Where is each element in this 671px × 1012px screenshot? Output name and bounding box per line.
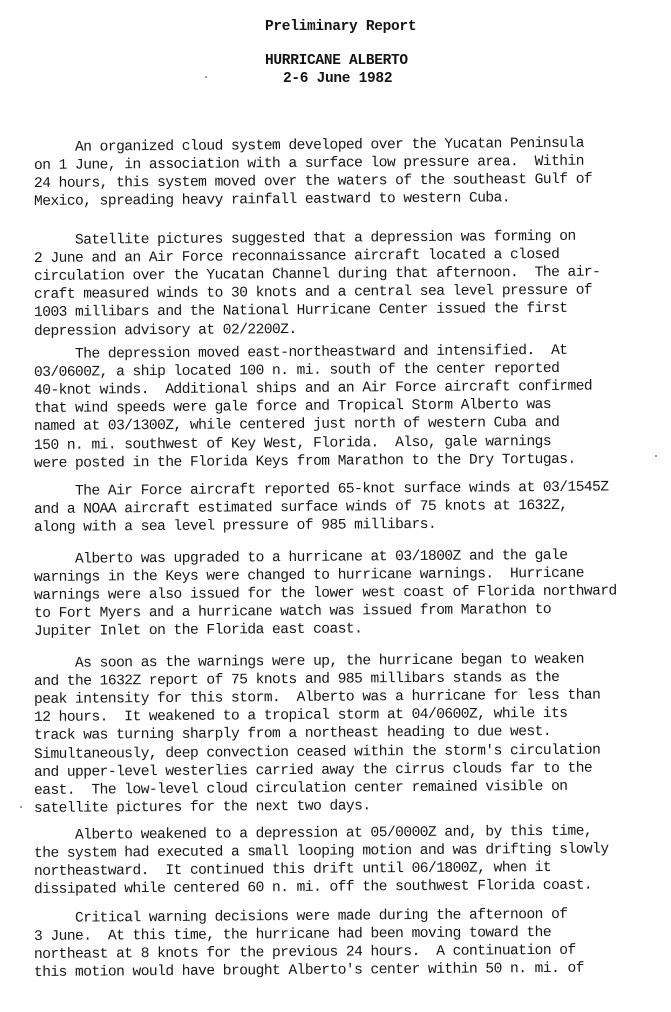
text-line: along with a sea level pressure of 985 m… [34, 516, 436, 537]
text-line: this motion would have brought Alberto's… [34, 960, 584, 982]
storm-dates-heading: 2-6 June 1982 [283, 71, 392, 87]
scan-speck [655, 455, 657, 457]
text-line: depression advisory at 02/2200Z. [34, 320, 297, 340]
text-line: east. The low-level cloud circulation ce… [34, 777, 568, 799]
document-page: Preliminary Report HURRICANE ALBERTO 2-6… [0, 0, 671, 1012]
storm-name-heading: HURRICANE ALBERTO [265, 53, 408, 69]
scan-speck [205, 76, 207, 78]
text-line: were posted in the Florida Keys from Mar… [34, 450, 576, 472]
text-line: 1003 millibars and the National Hurrican… [34, 300, 568, 322]
text-line: dissipated while centered 60 n. mi. off … [34, 877, 592, 899]
report-type-heading: Preliminary Report [265, 19, 416, 35]
scan-speck [20, 806, 22, 808]
text-line: satellite pictures for the next two days… [34, 797, 371, 818]
text-line: Mexico, spreading heavy rainfall eastwar… [34, 190, 510, 212]
text-line: and a NOAA aircraft estimated surface wi… [34, 497, 568, 519]
text-line: Jupiter Inlet on the Florida east coast. [34, 621, 362, 642]
